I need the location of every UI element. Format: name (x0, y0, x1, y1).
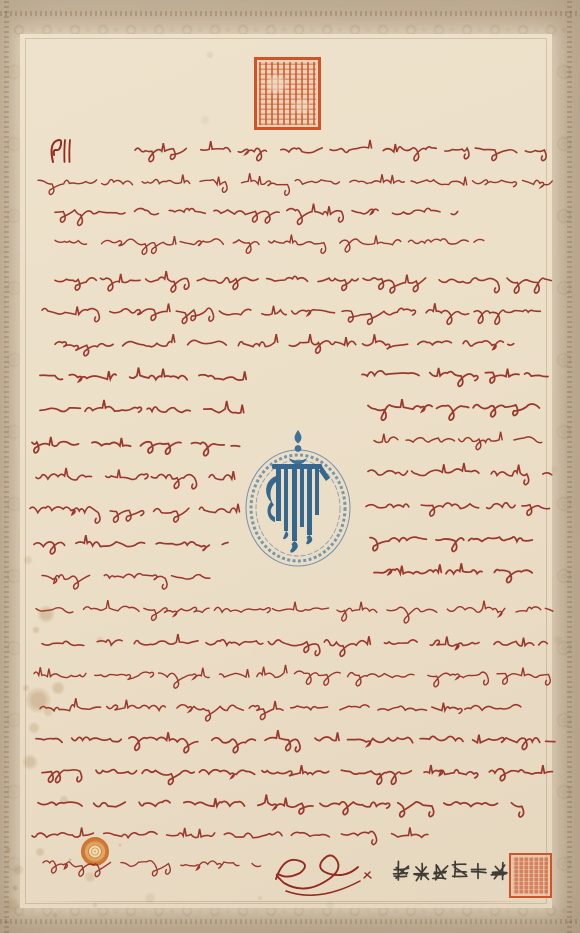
bottom-right-seal-pattern (513, 857, 548, 894)
emblem-finial (289, 430, 307, 464)
foxing-stain (5, 847, 11, 853)
script-line (34, 527, 226, 561)
foxing-stain (200, 115, 210, 125)
foxing-stain (550, 466, 558, 474)
foxing-stain (4, 897, 20, 913)
foxing-stain (28, 722, 40, 734)
chinese-character-glyph (469, 858, 490, 884)
foxing-stain (206, 51, 214, 59)
foxing-stain (325, 900, 335, 910)
chinese-inscription-text: 班禪額爾德尼 (391, 856, 392, 857)
emblem-monogram (266, 464, 330, 553)
foxing-stain (37, 605, 55, 623)
foxing-stain (12, 864, 24, 876)
chinese-character-glyph (488, 859, 508, 885)
script-line (135, 133, 543, 167)
chinese-character-glyph (391, 857, 412, 884)
tibetan-head-mark: ༄༅༔ (46, 136, 74, 168)
script-line (36, 460, 230, 494)
foxing-stain (51, 681, 65, 695)
script-line (42, 560, 204, 594)
foxing-stain (32, 626, 40, 634)
foxing-stain (59, 795, 69, 805)
script-line (368, 456, 544, 490)
script-line (368, 390, 540, 424)
script-line (34, 658, 546, 692)
foxing-stain (257, 895, 263, 901)
script-line (30, 493, 232, 527)
foxing-stain (84, 871, 96, 883)
script-line (374, 555, 524, 589)
foxing-stain (43, 707, 53, 717)
manuscript-photo: ༄༅༔ (0, 0, 580, 933)
bottom-right-seal (509, 853, 552, 898)
script-line (55, 263, 545, 297)
script-line (370, 522, 538, 556)
mount-stitch-top (0, 11, 580, 16)
kalachakra-monogram-emblem (242, 426, 354, 568)
chinese-inscription: 班禪額爾德尼 (391, 856, 514, 886)
script-line (38, 787, 516, 821)
script-line (366, 489, 540, 523)
foxing-stain (68, 858, 72, 862)
top-seal-script-pattern (259, 62, 316, 125)
script-line (42, 295, 548, 329)
script-line (38, 165, 548, 199)
script-line (40, 360, 245, 394)
script-line (36, 723, 546, 757)
script-line (36, 593, 548, 627)
script-line (55, 327, 513, 361)
foxing-stain (118, 843, 122, 847)
foxing-stain (12, 885, 18, 891)
signature-flourish (270, 845, 374, 901)
script-line (374, 423, 540, 457)
script-line (55, 195, 455, 229)
foxing-stain (96, 636, 104, 644)
script-line (42, 626, 544, 660)
foxing-stain (92, 902, 98, 908)
foxing-stain (35, 847, 45, 857)
script-line (40, 393, 238, 427)
foxing-stain (144, 892, 156, 904)
chinese-character-glyph (430, 859, 450, 885)
script-line (42, 755, 547, 789)
chinese-character-glyph (449, 857, 470, 884)
top-vermillion-seal (254, 57, 321, 130)
foxing-stain (22, 684, 30, 692)
foxing-stain (23, 555, 33, 565)
foxing-stain (553, 635, 563, 645)
mount-stitch-bottom (0, 919, 580, 924)
script-line (40, 691, 518, 725)
script-line (55, 225, 480, 259)
paper-fold-line (30, 901, 548, 902)
script-line (362, 357, 546, 391)
script-line (43, 847, 258, 881)
foxing-stain (22, 754, 38, 770)
foxing-stain (52, 912, 58, 918)
chinese-character-glyph (410, 858, 431, 885)
script-line (32, 427, 232, 461)
